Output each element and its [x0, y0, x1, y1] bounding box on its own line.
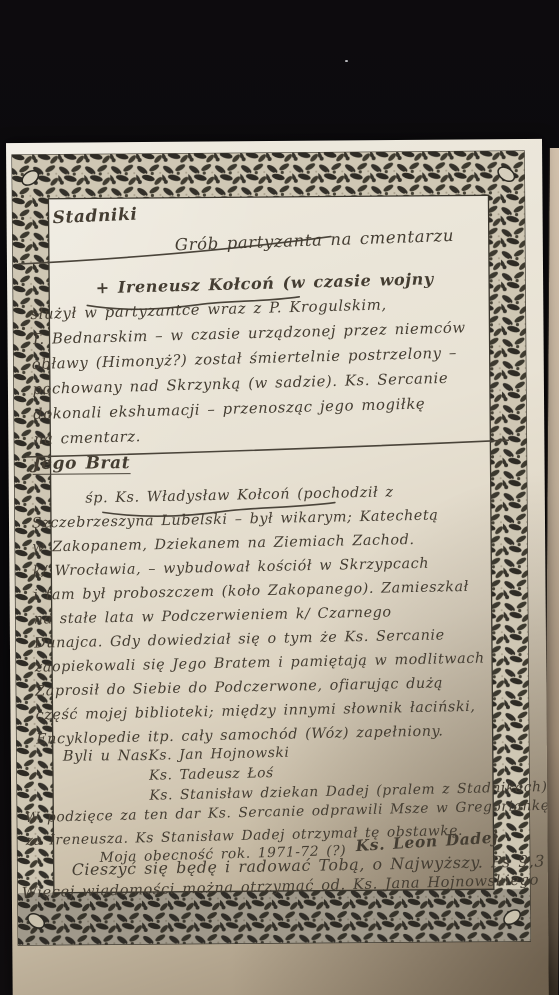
frame-band-top — [12, 151, 524, 199]
paragraph-brother-note: śp. Ks. Władysław Kołcoń (pochodził zSzc… — [31, 479, 486, 752]
section-heading-brother: Jego Brat — [32, 453, 130, 475]
paragraph-grave-note: + Ireneusz Kołcoń (w czasie wojnysłużył … — [29, 265, 468, 452]
dust-speck — [345, 60, 348, 62]
photo-background: Stadniki Grób partyzanta na cmentarzu + … — [0, 0, 559, 995]
guests-label: Byli u Nas: — [63, 748, 154, 765]
place-heading: Stadniki — [52, 205, 138, 229]
document-page: Stadniki Grób partyzanta na cmentarzu + … — [6, 139, 549, 995]
